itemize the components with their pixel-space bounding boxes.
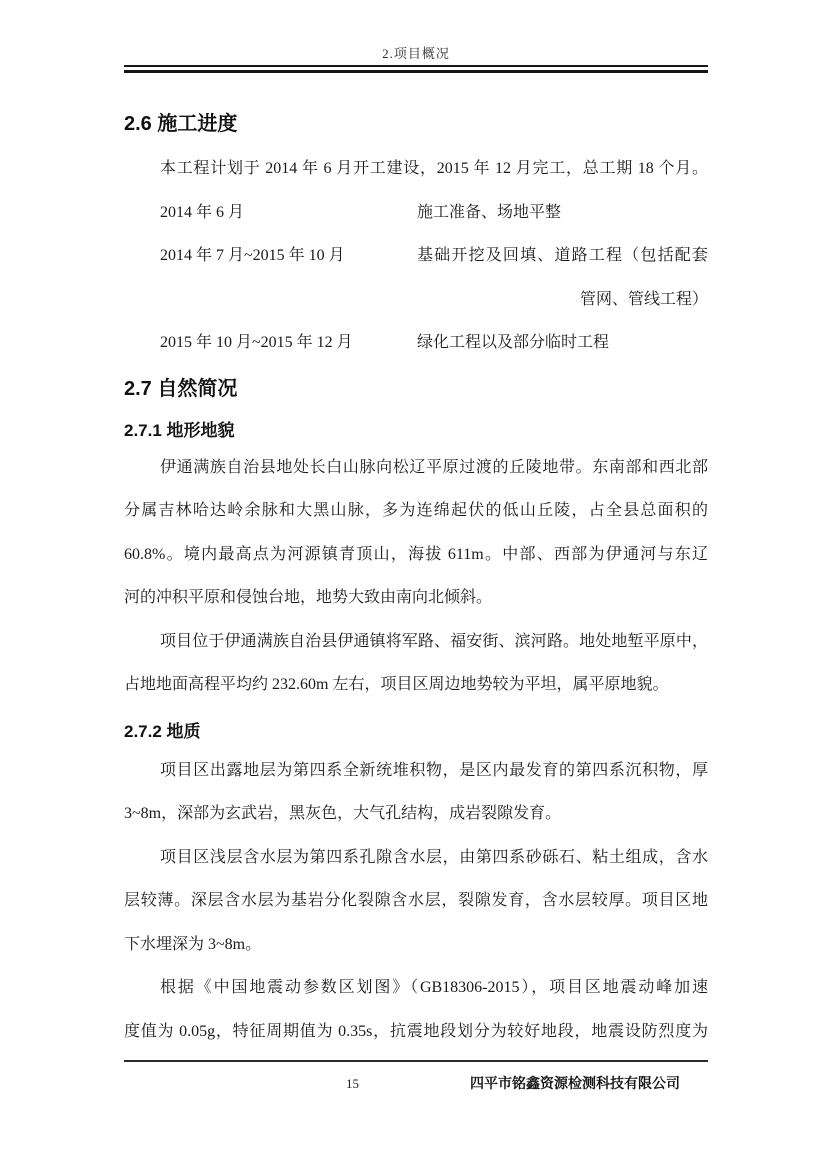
geology-paragraph-1: 项目区出露地层为第四系全新统堆积物，是区内最发育的第四系沉积物，厚 3~8m，深… [124, 749, 708, 836]
seismic-paragraph: 根据《中国地震动参数区划图》（GB18306-2015），项目区地震动峰加速 度… [124, 966, 708, 1053]
section-2-7-1-heading: 2.7.1 地形地貌 [124, 420, 708, 442]
schedule-period: 2014 年 6 月 [160, 191, 417, 235]
schedule-task: 绿化工程以及部分临时工程 [417, 321, 708, 365]
paragraph-line: 河的冲积平原和侵蚀台地，地势大致由南向北倾斜。 [124, 576, 708, 620]
paragraph-line: 伊通满族自治县地处长白山脉向松辽平原过渡的丘陵地带。东南部和西北部 [124, 446, 708, 490]
geology-paragraph-2: 项目区浅层含水层为第四系孔隙含水层，由第四系砂砾石、粘土组成，含水 层较薄。深层… [124, 836, 708, 967]
paragraph-line: 分属吉林哈达岭余脉和大黑山脉，多为连绵起伏的低山丘陵，占全县总面积的 [124, 489, 708, 533]
paragraph-line: 60.8%。境内最高点为河源镇青顶山，海拔 611m。中部、西部为伊通河与东辽 [124, 533, 708, 577]
topography-paragraph-1: 伊通满族自治县地处长白山脉向松辽平原过渡的丘陵地带。东南部和西北部 分属吉林哈达… [124, 446, 708, 620]
page-header: 2.项目概况 [124, 0, 708, 73]
section-2-7-heading: 2.7 自然简况 [124, 377, 708, 401]
schedule-period: 2014 年 7 月~2015 年 10 月 [160, 234, 417, 321]
paragraph-line: 项目区出露地层为第四系全新统堆积物，是区内最发育的第四系沉积物，厚 [124, 749, 708, 793]
section-2-6-intro-paragraph: 本工程计划于 2014 年 6 月开工建设，2015 年 12 月完工，总工期 … [124, 147, 708, 191]
paragraph-line: 3~8m，深部为玄武岩，黑灰色，大气孔结构，成岩裂隙发育。 [124, 792, 708, 836]
schedule-task: 基础开挖及回填、道路工程（包括配套 管网、管线工程） [417, 234, 708, 321]
page-content: 2.6 施工进度 本工程计划于 2014 年 6 月开工建设，2015 年 12… [124, 75, 708, 1053]
schedule-row-1: 2014 年 6 月 施工准备、场地平整 [124, 191, 708, 235]
schedule-task-continuation-line: 管网、管线工程） [417, 278, 708, 322]
paragraph-line: 下水埋深为 3~8m。 [124, 923, 708, 967]
section-2-7-2-heading: 2.7.2 地质 [124, 721, 708, 743]
paragraph-line: 本工程计划于 2014 年 6 月开工建设，2015 年 12 月完工，总工期 … [124, 147, 708, 191]
paragraph-line: 根据《中国地震动参数区划图》（GB18306-2015），项目区地震动峰加速 [124, 966, 708, 1010]
paragraph-line: 项目位于伊通满族自治县伊通镇将军路、福安街、滨河路。地处地堑平原中， [124, 620, 708, 664]
footer-rule [124, 1060, 708, 1062]
topography-paragraph-2: 项目位于伊通满族自治县伊通镇将军路、福安街、滨河路。地处地堑平原中， 占地地面高… [124, 620, 708, 707]
schedule-task: 施工准备、场地平整 [417, 191, 708, 235]
paragraph-line: 项目区浅层含水层为第四系孔隙含水层，由第四系砂砾石、粘土组成，含水 [124, 836, 708, 880]
paragraph-line: 占地地面高程平均约 232.60m 左右，项目区周边地势较为平坦，属平原地貌。 [124, 663, 708, 707]
company-name: 四平市铭鑫资源检测科技有限公司 [470, 1074, 680, 1092]
header-chapter-title: 2.项目概况 [124, 0, 708, 62]
schedule-task-line: 绿化工程以及部分临时工程 [417, 321, 708, 365]
section-2-6-heading: 2.6 施工进度 [124, 112, 708, 136]
schedule-row-3: 2015 年 10 月~2015 年 12 月 绿化工程以及部分临时工程 [124, 321, 708, 365]
page-footer: 15 四平市铭鑫资源检测科技有限公司 [124, 1060, 708, 1108]
schedule-period: 2015 年 10 月~2015 年 12 月 [160, 321, 417, 365]
footer-row: 15 四平市铭鑫资源检测科技有限公司 [124, 1074, 708, 1108]
document-page: 2.项目概况 2.6 施工进度 本工程计划于 2014 年 6 月开工建设，20… [0, 0, 827, 1169]
schedule-task-line: 施工准备、场地平整 [417, 191, 708, 235]
schedule-task-line: 基础开挖及回填、道路工程（包括配套 [417, 234, 708, 278]
paragraph-line: 层较薄。深层含水层为基岩分化裂隙含水层，裂隙发育，含水层较厚。项目区地 [124, 879, 708, 923]
header-double-rule [124, 65, 708, 73]
paragraph-line: 度值为 0.05g，特征周期值为 0.35s，抗震地段划分为较好地段，地震设防烈… [124, 1010, 708, 1054]
schedule-row-2: 2014 年 7 月~2015 年 10 月 基础开挖及回填、道路工程（包括配套… [124, 234, 708, 321]
page-number: 15 [346, 1076, 359, 1092]
